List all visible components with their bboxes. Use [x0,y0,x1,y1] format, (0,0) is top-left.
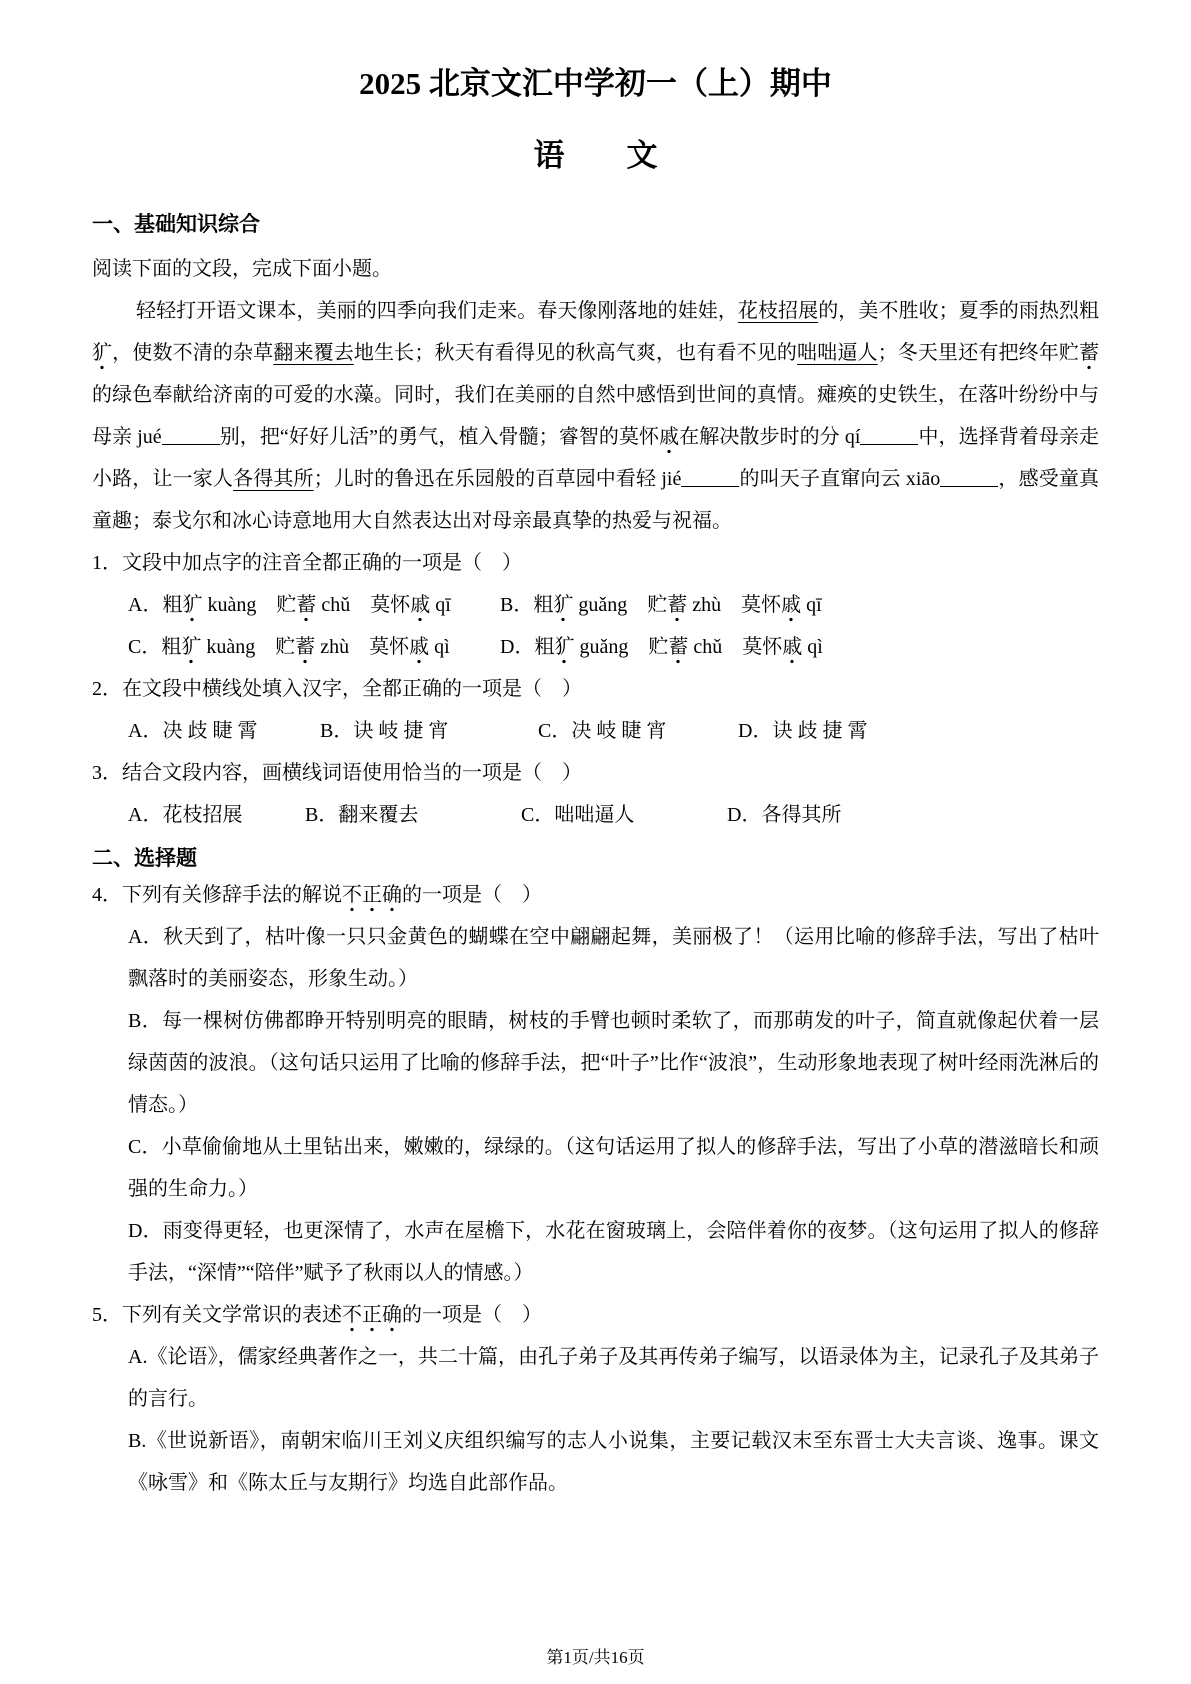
question-2-options: A．决 歧 睫 霄 B．诀 岐 捷 宵 C．决 岐 睫 宵 D．诀 歧 捷 霄 [128,710,1099,752]
question-3-stem: 3．结合文段内容，画横线词语使用恰当的一项是（ ） [92,752,1099,794]
question-1-options: A．粗犷 kuàng 贮蓄 chǔ 莫怀戚 qī B．粗犷 guǎng 贮蓄 z… [128,584,1099,668]
question-1-options-row-1: A．粗犷 kuàng 贮蓄 chǔ 莫怀戚 qī B．粗犷 guǎng 贮蓄 z… [128,584,1099,626]
page-title: 2025 北京文汇中学初一（上）期中 [92,64,1099,104]
question-3-option-a: A．花枝招展 [128,794,305,836]
question-3-options: A．花枝招展 B．翻来覆去 C．咄咄逼人 D．各得其所 [128,794,1099,836]
question-5-option-b: B.《世说新语》，南朝宋临川王刘义庆组织编写的志人小说集，主要记载汉末至东晋士大… [128,1420,1099,1504]
section-1-heading: 一、基础知识综合 [92,208,1099,240]
question-3-option-c: C．咄咄逼人 [521,794,727,836]
question-1-option-a: A．粗犷 kuàng 贮蓄 chǔ 莫怀戚 qī [128,584,500,626]
question-1-options-row-2: C．粗犷 kuàng 贮蓄 zhù 莫怀戚 qì D．粗犷 guǎng 贮蓄 c… [128,626,1099,668]
question-1-option-b: B．粗犷 guǎng 贮蓄 zhù 莫怀戚 qī [500,584,822,626]
question-4-stem: 4．下列有关修辞手法的解说不正确的一项是（ ） [92,874,1099,916]
question-2-option-c: C．决 岐 睫 宵 [538,710,738,752]
question-2-option-b: B．诀 岐 捷 宵 [320,710,538,752]
question-4-option-b: B．每一棵树仿佛都睁开特别明亮的眼睛，树枝的手臂也顿时柔软了，而那萌发的叶子，简… [128,1000,1099,1126]
page-footer: 第1页/共16页 [0,1643,1191,1668]
section-2-heading: 二、选择题 [92,842,1099,874]
page-subject: 语 文 [92,136,1099,176]
passage-intro: 阅读下面的文段，完成下面小题。 [92,248,1099,290]
question-3-option-d: D．各得其所 [727,794,841,836]
question-2-options-row: A．决 歧 睫 霄 B．诀 岐 捷 宵 C．决 岐 睫 宵 D．诀 歧 捷 霄 [128,710,1099,752]
question-1-stem: 1．文段中加点字的注音全都正确的一项是（ ） [92,542,1099,584]
question-2-option-d: D．诀 歧 捷 霄 [738,710,867,752]
question-4-option-d: D．雨变得更轻，也更深情了，水声在屋檐下，水花在窗玻璃上，会陪伴着你的夜梦。（这… [128,1210,1099,1294]
question-2-option-a: A．决 歧 睫 霄 [128,710,320,752]
question-3-options-row: A．花枝招展 B．翻来覆去 C．咄咄逼人 D．各得其所 [128,794,1099,836]
question-1-option-d: D．粗犷 guǎng 贮蓄 chǔ 莫怀戚 qì [500,626,823,668]
passage: 轻轻打开语文课本，美丽的四季向我们走来。春天像刚落地的娃娃，花枝招展的，美不胜收… [92,290,1099,542]
question-2-stem: 2．在文段中横线处填入汉字，全都正确的一项是（ ） [92,668,1099,710]
question-5-option-a: A.《论语》，儒家经典著作之一，共二十篇，由孔子弟子及其再传弟子编写，以语录体为… [128,1336,1099,1420]
question-4-option-a: A．秋天到了，枯叶像一只只金黄色的蝴蝶在空中翩翩起舞，美丽极了！（运用比喻的修辞… [128,916,1099,1000]
question-5-stem: 5．下列有关文学常识的表述不正确的一项是（ ） [92,1294,1099,1336]
question-3-option-b: B．翻来覆去 [305,794,521,836]
question-1-option-c: C．粗犷 kuàng 贮蓄 zhù 莫怀戚 qì [128,626,500,668]
question-4-option-c: C．小草偷偷地从土里钻出来，嫩嫩的，绿绿的。（这句话运用了拟人的修辞手法，写出了… [128,1126,1099,1210]
exam-document: 2025 北京文汇中学初一（上）期中 语 文 一、基础知识综合 阅读下面的文段，… [0,0,1191,1684]
